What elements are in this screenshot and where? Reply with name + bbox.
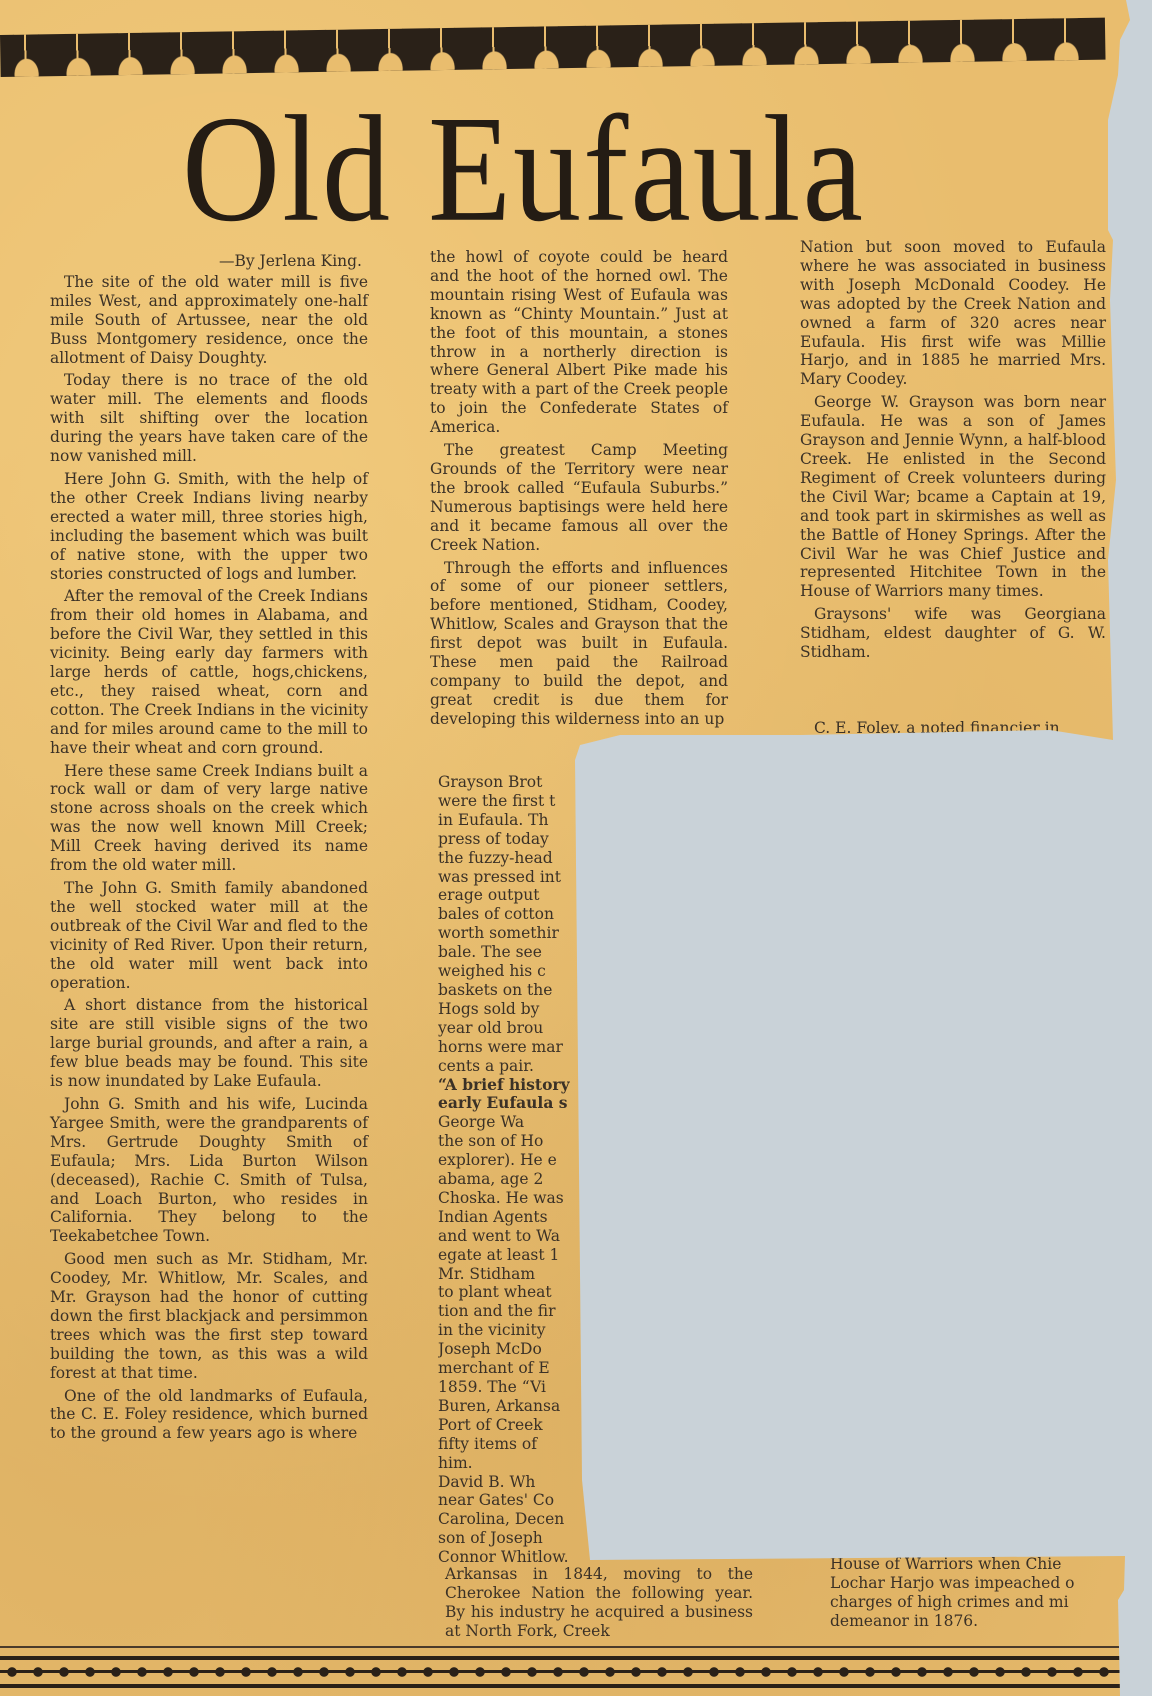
paragraph: John G. Smith and his wife, Lucinda Yarg… [50,1095,368,1246]
text-line: merchant of E [438,1359,598,1378]
text-line: press of today [438,830,598,849]
text-line: the son of Ho [438,1132,598,1151]
paragraph: Here John G. Smith, with the help of the… [50,470,368,583]
text-line: tion and the fir [438,1302,598,1321]
text-line: charges of high crimes and mi [830,1593,1120,1612]
text-line: baskets on the [438,981,598,1000]
text-line: 1859. The “Vi [438,1378,598,1397]
text-line: Indian Agents [438,1208,598,1227]
text-line: Grayson Brot [438,773,598,792]
paragraph: C. E. Foley, a noted financier in [800,719,1106,733]
text-line: fifty items of [438,1435,598,1454]
decorative-bottom-border [0,1656,1120,1688]
text-line: Buren, Arkansa [438,1397,598,1416]
text-line: in Eufaula. Th [438,811,598,830]
paragraph: Good men such as Mr. Stidham, Mr. Coodey… [50,1250,368,1382]
text-line: cents a pair. [438,1057,598,1076]
paragraph: A short distance from the historical sit… [50,996,368,1091]
text-line: demeanor in 1876. [830,1612,1120,1631]
text-line: Carolina, Decen [438,1510,598,1529]
article-column-2-torn: Grayson Brotwere the first tin Eufaula. … [438,773,598,1567]
paragraph: Here these same Creek Indians built a ro… [50,762,368,875]
text-line: David B. Wh [438,1473,598,1492]
paragraph: the howl of coyote could be heard and th… [430,248,728,437]
text-line: near Gates' Co [438,1491,598,1510]
text-line: was pressed int [438,868,598,887]
text-line: horns were mar [438,1038,598,1057]
paragraph: Arkansas in 1844, moving to the Cherokee… [445,1565,753,1641]
text-line: him. [438,1454,598,1473]
text-line: egate at least 1 [438,1246,598,1265]
article-column-2: the howl of coyote could be heard and th… [430,248,728,733]
paragraph: Through the efforts and influences of so… [430,559,728,729]
paragraph: Graysons' wife was Georgiana Stidham, el… [800,605,1106,662]
article-column-3: Nation but soon moved to Eufaula where h… [800,238,1106,666]
text-line: the fuzzy-head [438,849,598,868]
text-line: Lochar Harjo was impeached o [830,1574,1120,1593]
text-line: year old brou [438,1019,598,1038]
newspaper-clipping: Old Eufaula —By Jerlena King. The site o… [0,0,1152,1696]
text-line: son of Joseph [438,1529,598,1548]
text-line: Choska. He was [438,1189,598,1208]
text-line: Port of Creek [438,1416,598,1435]
text-line: Mr. Stidham [438,1265,598,1284]
paragraph: Today there is no trace of the old water… [50,371,368,466]
text-line: George Wa [438,1113,598,1132]
text-line: early Eufaula s [438,1094,598,1113]
text-line: were the first t [438,792,598,811]
paragraph: The site of the old water mill is five m… [50,273,368,368]
text-line: Hogs sold by [438,1000,598,1019]
text-line: Joseph McDo [438,1340,598,1359]
text-line: and went to Wa [438,1227,598,1246]
decorative-top-border [0,18,1106,77]
text-line: to plant wheat [438,1283,598,1302]
cut-line: C. E. Foley, a noted financier in [800,719,1106,733]
text-line: in the vicinity [438,1321,598,1340]
paragraph: Nation but soon moved to Eufaula where h… [800,238,1106,389]
text-line: explorer). He e [438,1151,598,1170]
text-line: weighed his c [438,962,598,981]
text-line: “A brief history [438,1076,598,1095]
paragraph: The greatest Camp Meeting Grounds of the… [430,441,728,554]
text-line: bale. The see [438,943,598,962]
paragraph: George W. Grayson was born near Eufaula.… [800,393,1106,601]
text-line: worth somethir [438,924,598,943]
text-line: House of Warriors when Chie [830,1555,1120,1574]
paragraph: One of the old landmarks of Eufaula, the… [50,1387,368,1444]
article-column-3-bottom: House of Warriors when ChieLochar Harjo … [830,1555,1120,1631]
divider [0,1646,1120,1648]
byline: —By Jerlena King. [50,252,362,271]
text-line: erage output [438,886,598,905]
headline: Old Eufaula [182,82,865,257]
article-column-1: —By Jerlena King. The site of the old wa… [50,252,368,1447]
paragraph: After the removal of the Creek Indians f… [50,587,368,757]
text-line: bales of cotton [438,905,598,924]
article-column-2-bottom: Arkansas in 1844, moving to the Cherokee… [445,1565,753,1645]
text-line: abama, age 2 [438,1170,598,1189]
paragraph: The John G. Smith family abandoned the w… [50,879,368,992]
